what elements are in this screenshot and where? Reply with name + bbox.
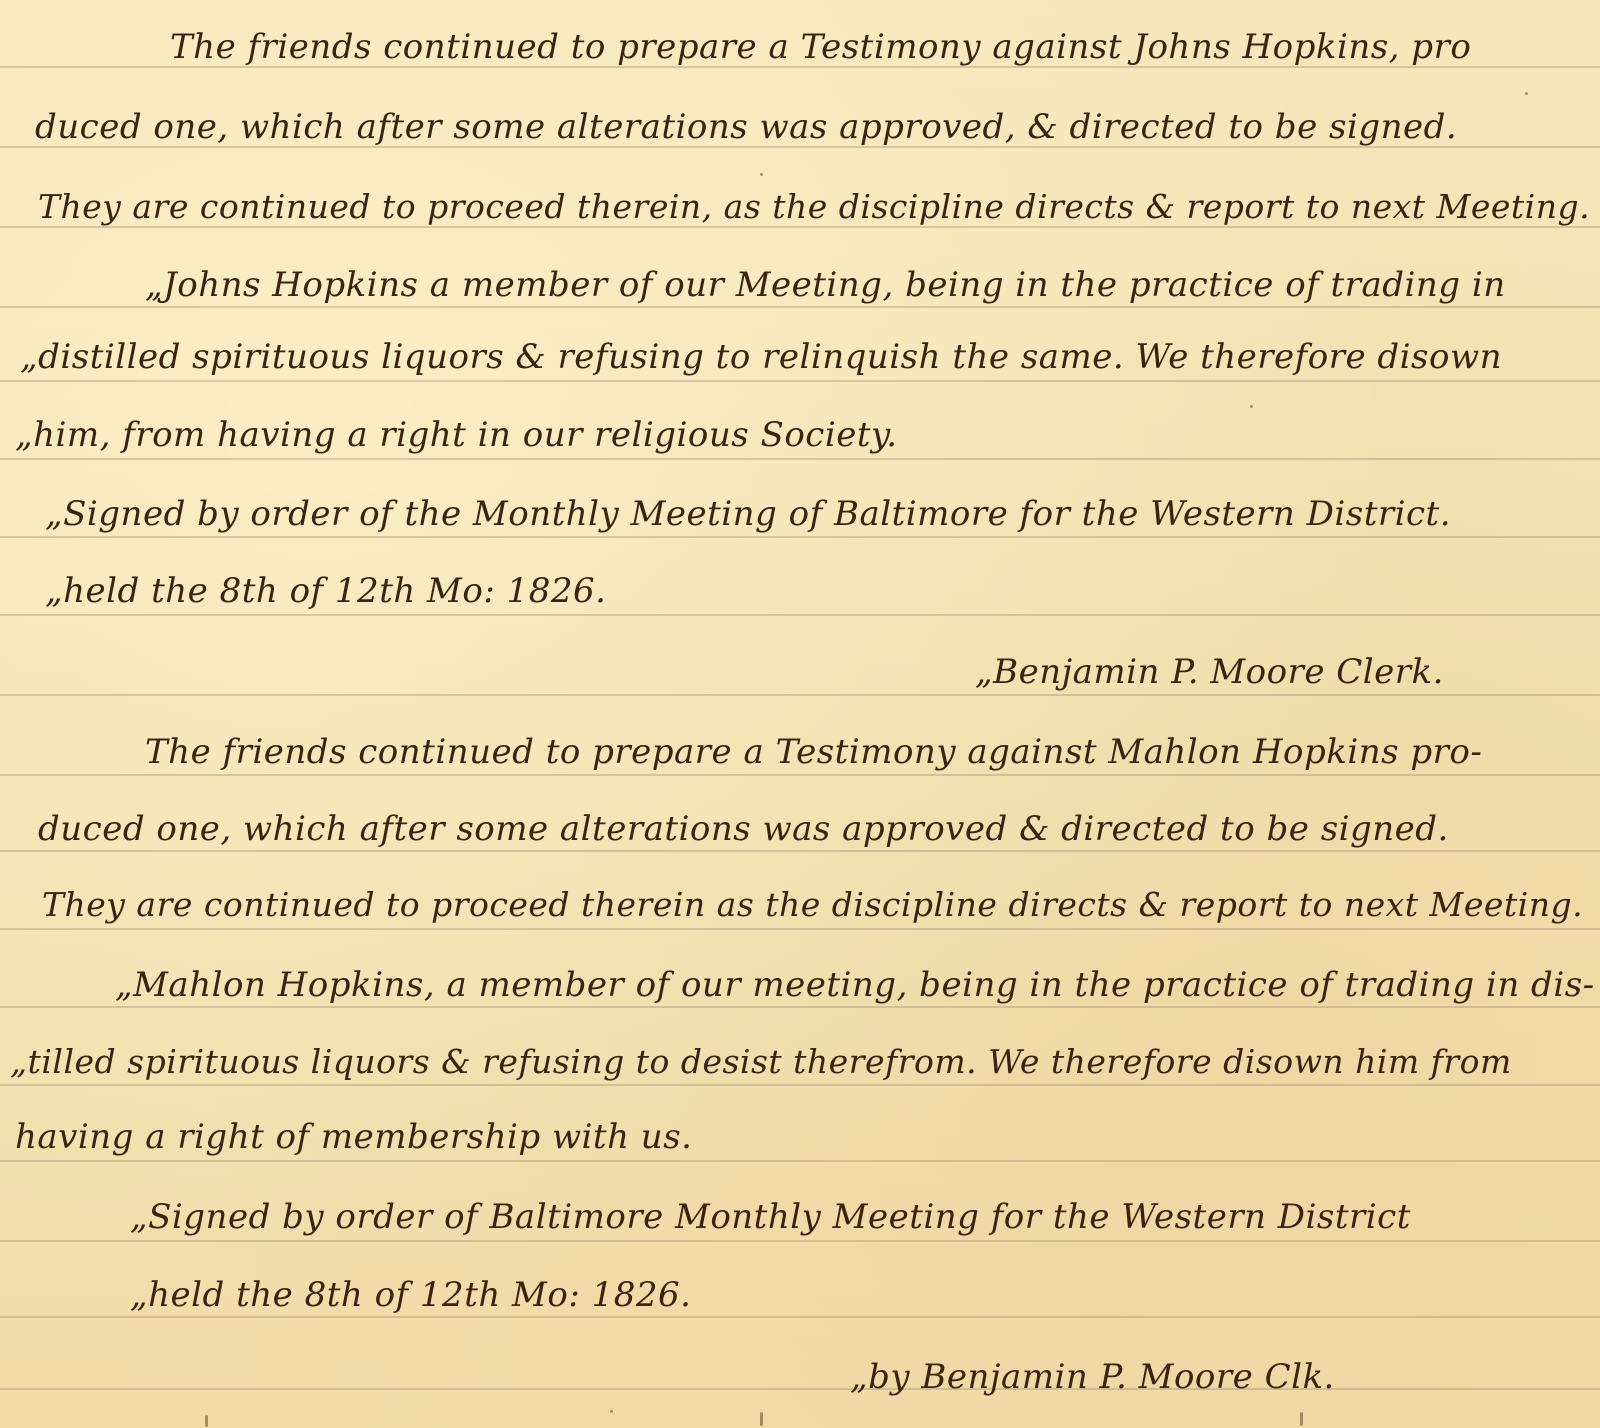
ruled-line (0, 536, 1600, 538)
ruled-line (0, 1240, 1600, 1242)
ink-speck (610, 1410, 613, 1413)
text-line-johns-date: „held the 8th of 12th Mo: 1826. (45, 574, 606, 608)
text-line-johns-disownment-2: „distilled spirituous liquors & refusing… (20, 340, 1502, 374)
text-line-johns-disownment-1: „Johns Hopkins a member of our Meeting, … (145, 268, 1506, 302)
ruled-line (0, 774, 1600, 776)
text-line-mahlon-signed: „Signed by order of Baltimore Monthly Me… (130, 1200, 1411, 1234)
ink-speck (205, 1415, 208, 1427)
ruled-line (0, 458, 1600, 460)
manuscript-page: The friends continued to prepare a Testi… (0, 0, 1600, 1428)
text-line-johns-signed: „Signed by order of the Monthly Meeting … (45, 497, 1451, 531)
text-line-johns-disownment-3: „him, from having a right in our religio… (15, 418, 898, 452)
text-line-mahlon-clerk-signature: „by Benjamin P. Moore Clk. (850, 1360, 1335, 1394)
ruled-line (0, 1006, 1600, 1008)
ink-speck (760, 1412, 763, 1426)
text-line-mahlon-testimony-2: duced one, which after some alterations … (38, 812, 1449, 846)
ruled-line (0, 614, 1600, 616)
ruled-line (0, 1084, 1600, 1086)
text-line-mahlon-testimony-3: They are continued to proceed therein as… (42, 888, 1583, 921)
text-line-johns-testimony-3: They are continued to proceed therein, a… (38, 190, 1590, 223)
text-line-mahlon-date: „held the 8th of 12th Mo: 1826. (130, 1278, 691, 1312)
ruled-line (0, 850, 1600, 852)
ruled-line (0, 380, 1600, 382)
ruled-line (0, 1316, 1600, 1318)
ruled-line (0, 1160, 1600, 1162)
text-line-johns-clerk-signature: „Benjamin P. Moore Clerk. (975, 655, 1444, 689)
text-line-mahlon-disownment-2: „tilled spirituous liquors & refusing to… (10, 1045, 1512, 1078)
ruled-line (0, 928, 1600, 930)
text-line-mahlon-disownment-3: having a right of membership with us. (15, 1120, 692, 1154)
text-line-johns-testimony-2: duced one, which after some alterations … (35, 110, 1457, 144)
ink-speck (1090, 1065, 1093, 1068)
text-line-mahlon-testimony-1: The friends continued to prepare a Testi… (145, 735, 1482, 769)
ruled-line (0, 306, 1600, 308)
ruled-line (0, 1388, 1600, 1390)
text-line-mahlon-disownment-1: „Mahlon Hopkins, a member of our meeting… (115, 968, 1595, 1002)
ink-speck (1300, 1412, 1303, 1426)
text-line-johns-testimony-1: The friends continued to prepare a Testi… (170, 30, 1471, 64)
ruled-line (0, 226, 1600, 228)
ruled-line (0, 694, 1600, 696)
ink-speck (760, 173, 763, 176)
ink-speck (1525, 92, 1528, 95)
ink-speck (1250, 405, 1253, 408)
